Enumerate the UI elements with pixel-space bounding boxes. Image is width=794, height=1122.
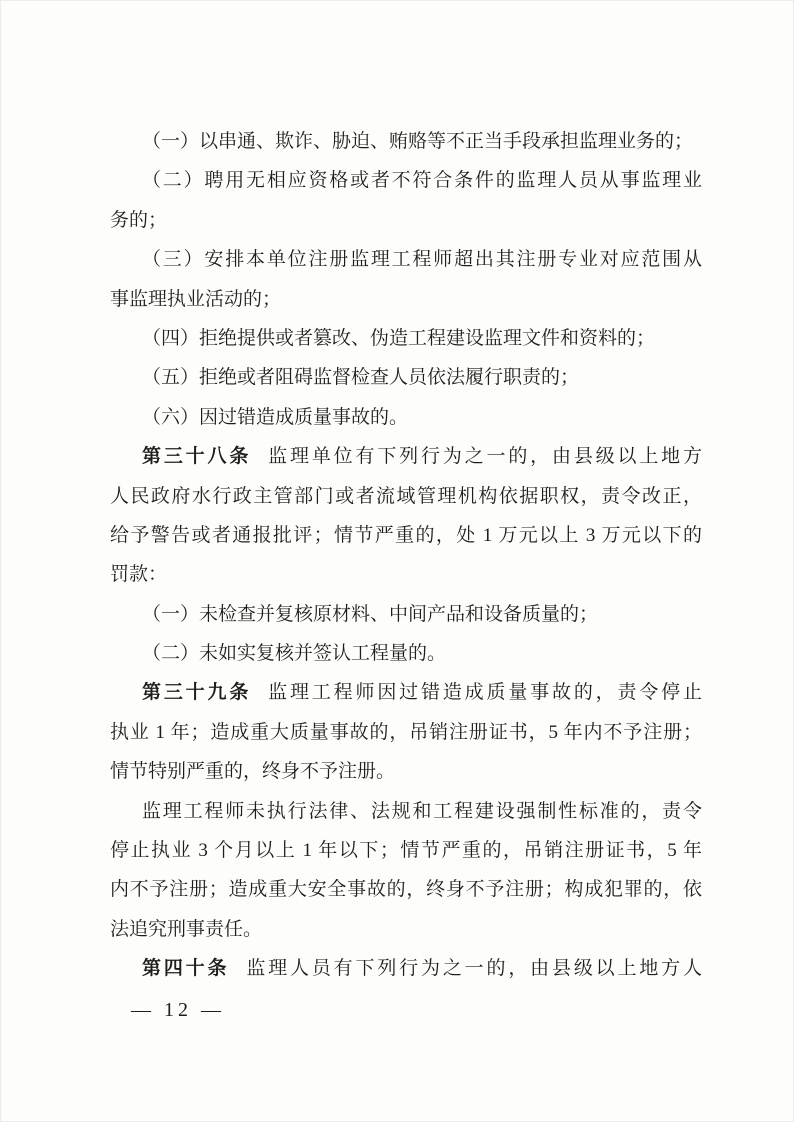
article-number: 第四十条: [142, 958, 229, 979]
text-line: 第四十条监理人员有下列行为之一的，由县级以上地方人: [110, 949, 702, 988]
line-text: （二）聘用无相应资格或者不符合条件的监理人员从事监理业: [142, 170, 702, 191]
text-line: （五）拒绝或者阻碍监督检查人员依法履行职责的；: [110, 358, 702, 397]
text-line: 人民政府水行政主管部门或者流域管理机构依据职权，责令改正，: [110, 477, 702, 516]
text-line: 法追究刑事责任。: [110, 910, 702, 949]
text-line: 执业 1 年；造成重大质量事故的，吊销注册证书，5 年内不予注册；: [110, 713, 702, 752]
line-text: （一）未检查并复核原材料、中间产品和设备质量的；: [142, 604, 598, 625]
page-number: — 12 —: [131, 995, 225, 1025]
text-line: 务的；: [110, 201, 702, 240]
line-text: 监理工程师因过错造成质量事故的，责令停止: [268, 682, 702, 703]
line-text: 执业 1 年；造成重大质量事故的，吊销注册证书，5 年内不予注册；: [110, 722, 702, 743]
text-line: （四）拒绝提供或者篡改、伪造工程建设监理文件和资料的；: [110, 319, 702, 358]
text-line: 罚款：: [110, 555, 702, 594]
line-text: 法追究刑事责任。: [110, 919, 262, 940]
text-line: 第三十八条监理单位有下列行为之一的，由县级以上地方: [110, 437, 702, 476]
text-line: 情节特别严重的，终身不予注册。: [110, 752, 702, 791]
text-line: （三）安排本单位注册监理工程师超出其注册专业对应范围从: [110, 240, 702, 279]
article-number: 第三十九条: [142, 682, 251, 703]
text-line: 第三十九条监理工程师因过错造成质量事故的，责令停止: [110, 673, 702, 712]
document-page: （一）以串通、欺诈、胁迫、贿赂等不正当手段承担监理业务的；（二）聘用无相应资格或…: [0, 0, 794, 1122]
text-block: （一）以串通、欺诈、胁迫、贿赂等不正当手段承担监理业务的；（二）聘用无相应资格或…: [110, 122, 702, 989]
text-line: 内不予注册；造成重大安全事故的，终身不予注册；构成犯罪的，依: [110, 870, 702, 909]
line-text: （一）以串通、欺诈、胁迫、贿赂等不正当手段承担监理业务的；: [142, 131, 693, 152]
text-line: （一）以串通、欺诈、胁迫、贿赂等不正当手段承担监理业务的；: [110, 122, 702, 161]
text-line: 给予警告或者通报批评；情节严重的，处 1 万元以上 3 万元以下的: [110, 516, 702, 555]
line-text: 人民政府水行政主管部门或者流域管理机构依据职权，责令改正，: [110, 486, 702, 507]
line-text: 内不予注册；造成重大安全事故的，终身不予注册；构成犯罪的，依: [110, 879, 702, 900]
text-line: （二）未如实复核并签认工程量的。: [110, 634, 702, 673]
text-line: （一）未检查并复核原材料、中间产品和设备质量的；: [110, 595, 702, 634]
line-text: （二）未如实复核并签认工程量的。: [142, 643, 446, 664]
text-line: 停止执业 3 个月以上 1 年以下；情节严重的，吊销注册证书，5 年: [110, 831, 702, 870]
line-text: 情节特别严重的，终身不予注册。: [110, 761, 395, 782]
line-text: 监理人员有下列行为之一的，由县级以上地方人: [246, 958, 702, 979]
line-text: 监理工程师未执行法律、法规和工程建设强制性标准的，责令: [142, 801, 702, 822]
text-line: 事监理执业活动的；: [110, 280, 702, 319]
line-text: 停止执业 3 个月以上 1 年以下；情节严重的，吊销注册证书，5 年: [110, 840, 702, 861]
line-text: （四）拒绝提供或者篡改、伪造工程建设监理文件和资料的；: [142, 328, 655, 349]
line-text: （五）拒绝或者阻碍监督检查人员依法履行职责的；: [142, 367, 579, 388]
line-text: （六）因过错造成质量事故的。: [142, 407, 408, 428]
line-text: 罚款：: [110, 564, 167, 585]
line-text: （三）安排本单位注册监理工程师超出其注册专业对应范围从: [142, 249, 702, 270]
line-text: 监理单位有下列行为之一的，由县级以上地方: [268, 446, 702, 467]
article-number: 第三十八条: [142, 446, 251, 467]
line-text: 事监理执业活动的；: [110, 289, 281, 310]
line-text: 给予警告或者通报批评；情节严重的，处 1 万元以上 3 万元以下的: [110, 525, 702, 546]
text-line: （六）因过错造成质量事故的。: [110, 398, 702, 437]
text-line: 监理工程师未执行法律、法规和工程建设强制性标准的，责令: [110, 792, 702, 831]
line-text: 务的；: [110, 210, 167, 231]
text-line: （二）聘用无相应资格或者不符合条件的监理人员从事监理业: [110, 161, 702, 200]
